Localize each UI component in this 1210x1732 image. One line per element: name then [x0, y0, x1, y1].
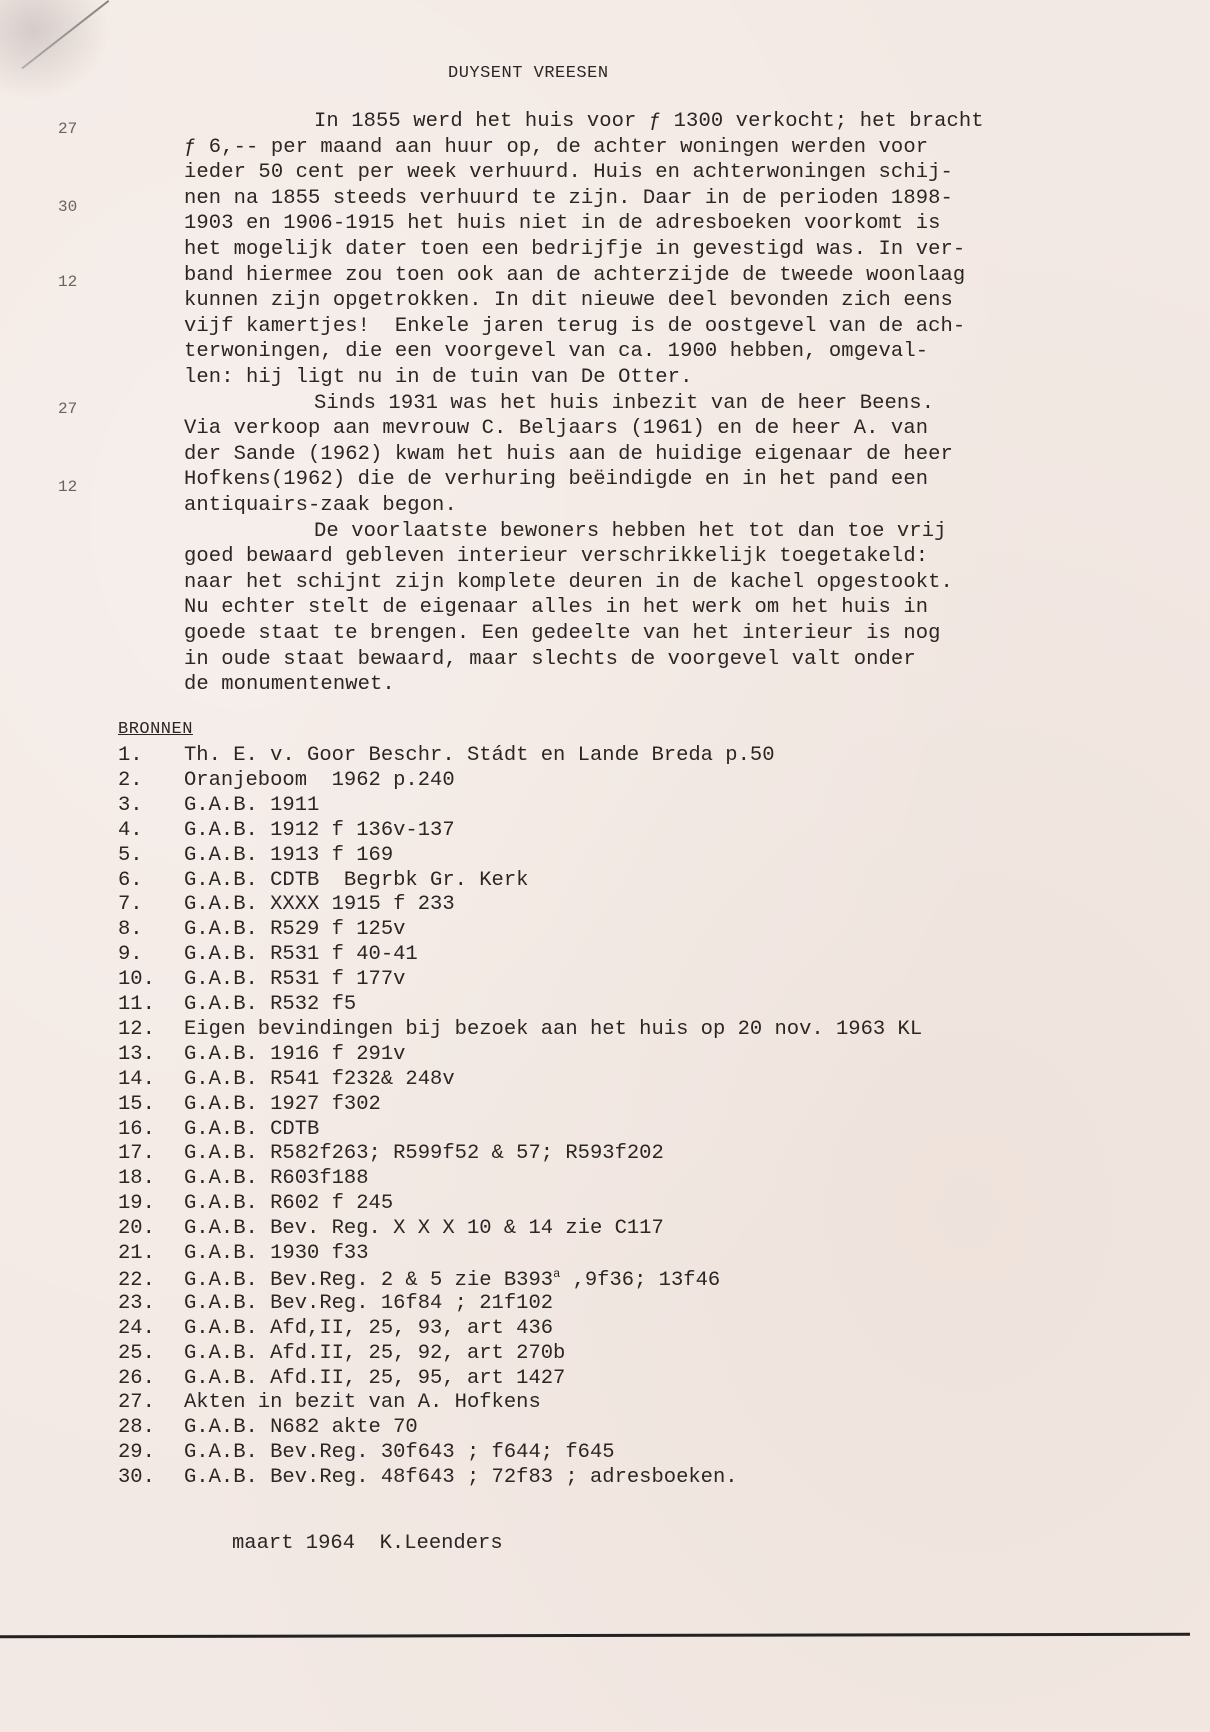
source-item: 23.G.A.B. Bev.Reg. 16f84 ; 21f102: [118, 1292, 553, 1315]
source-item: 6.G.A.B. CDTB Begrbk Gr. Kerk: [118, 869, 528, 892]
source-text: G.A.B. N682 akte 70: [184, 1416, 418, 1439]
margin-number: 27: [58, 400, 77, 418]
margin-number: 27: [58, 120, 77, 138]
source-text: G.A.B. Bev. Reg. X X X 10 & 14 zie C117: [184, 1217, 664, 1240]
source-text: G.A.B. R529 f 125v: [184, 918, 405, 941]
document-title: DUYSENT VREESEN: [448, 64, 609, 83]
source-item: 22.G.A.B. Bev.Reg. 2 & 5 zie B393a ,9f36…: [118, 1267, 720, 1292]
signature: maart 1964 K.Leenders: [232, 1532, 503, 1555]
source-item: 16.G.A.B. CDTB: [118, 1118, 319, 1141]
source-text: G.A.B. R603f188: [184, 1167, 369, 1190]
source-number: 20.: [118, 1217, 184, 1240]
source-text: G.A.B. R602 f 245: [184, 1192, 393, 1215]
source-number: 30.: [118, 1466, 184, 1489]
source-item: 4.G.A.B. 1912 f 136v-137: [118, 819, 455, 842]
source-text: G.A.B. Afd.II, 25, 92, art 270b: [184, 1342, 565, 1365]
source-text: G.A.B. Afd,II, 25, 93, art 436: [184, 1317, 553, 1340]
body-line: der Sande (1962) kwam het huis aan de hu…: [184, 443, 953, 466]
source-text: G.A.B. Bev.Reg. 16f84 ; 21f102: [184, 1292, 553, 1315]
body-line: In 1855 werd het huis voor ƒ 1300 verkoc…: [314, 110, 984, 133]
source-item: 15.G.A.B. 1927 f302: [118, 1093, 381, 1116]
body-line: 1903 en 1906-1915 het huis niet in de ad…: [184, 212, 941, 235]
source-text: G.A.B. Bev.Reg. 2 & 5 zie B393: [184, 1269, 553, 1292]
source-item: 14.G.A.B. R541 f232& 248v: [118, 1068, 455, 1091]
body-line: Hofkens(1962) die de verhuring beëindigd…: [184, 468, 928, 491]
source-item: 21.G.A.B. 1930 f33: [118, 1242, 369, 1265]
source-text: G.A.B. 1927 f302: [184, 1093, 381, 1116]
body-line: Sinds 1931 was het huis inbezit van de h…: [314, 392, 934, 415]
source-text: G.A.B. 1913 f 169: [184, 844, 393, 867]
body-line: len: hij ligt nu in de tuin van De Otter…: [184, 366, 692, 389]
source-item: 7.G.A.B. XXXX 1915 f 233: [118, 893, 455, 916]
body-line: De voorlaatste bewoners hebben het tot d…: [314, 520, 947, 543]
source-text: G.A.B. R582f263; R599f52 & 57; R593f202: [184, 1142, 664, 1165]
source-item: 18.G.A.B. R603f188: [118, 1167, 369, 1190]
source-number: 3.: [118, 794, 184, 817]
source-text: Akten in bezit van A. Hofkens: [184, 1391, 541, 1414]
source-item: 20.G.A.B. Bev. Reg. X X X 10 & 14 zie C1…: [118, 1217, 664, 1240]
source-text: G.A.B. Bev.Reg. 30f643 ; f644; f645: [184, 1441, 615, 1464]
body-line: antiquairs-zaak begon.: [184, 494, 457, 517]
body-line: nen na 1855 steeds verhuurd te zijn. Daa…: [184, 187, 953, 210]
page-fold-shadow: [0, 0, 110, 100]
source-item: 11.G.A.B. R532 f5: [118, 993, 356, 1016]
source-item: 3.G.A.B. 1911: [118, 794, 319, 817]
source-item: 24.G.A.B. Afd,II, 25, 93, art 436: [118, 1317, 553, 1340]
body-line: ieder 50 cent per week verhuurd. Huis en…: [184, 161, 953, 184]
source-number: 1.: [118, 744, 184, 767]
body-line: ƒ 6,-- per maand aan huur op, de achter …: [184, 136, 928, 159]
source-text: Oranjeboom 1962 p.240: [184, 769, 455, 792]
source-number: 28.: [118, 1416, 184, 1439]
body-line: goede staat te brengen. Een gedeelte van…: [184, 622, 941, 645]
source-number: 7.: [118, 893, 184, 916]
source-text: G.A.B. CDTB: [184, 1118, 319, 1141]
source-number: 19.: [118, 1192, 184, 1215]
bottom-rule: [0, 1633, 1190, 1638]
source-text: G.A.B. Afd.II, 25, 95, art 1427: [184, 1367, 565, 1390]
source-item: 5.G.A.B. 1913 f 169: [118, 844, 393, 867]
source-item: 17.G.A.B. R582f263; R599f52 & 57; R593f2…: [118, 1142, 664, 1165]
body-line: Nu echter stelt de eigenaar alles in het…: [184, 596, 928, 619]
body-line: de monumentenwet.: [184, 673, 395, 696]
source-text: G.A.B. R532 f5: [184, 993, 356, 1016]
body-line: naar het schijnt zijn komplete deuren in…: [184, 571, 953, 594]
source-text: G.A.B. 1916 f 291v: [184, 1043, 405, 1066]
source-text: G.A.B. 1930 f33: [184, 1242, 369, 1265]
margin-number: 12: [58, 273, 77, 291]
source-number: 14.: [118, 1068, 184, 1091]
source-number: 26.: [118, 1367, 184, 1390]
source-text-continued: ,9f36; 13f46: [560, 1269, 720, 1292]
source-item: 19.G.A.B. R602 f 245: [118, 1192, 393, 1215]
source-text: Eigen bevindingen bij bezoek aan het hui…: [184, 1018, 922, 1041]
body-line: terwoningen, die een voorgevel van ca. 1…: [184, 340, 928, 363]
source-item: 2.Oranjeboom 1962 p.240: [118, 769, 455, 792]
source-item: 29.G.A.B. Bev.Reg. 30f643 ; f644; f645: [118, 1441, 615, 1464]
source-text: G.A.B. CDTB Begrbk Gr. Kerk: [184, 869, 528, 892]
source-item: 8.G.A.B. R529 f 125v: [118, 918, 405, 941]
source-number: 22.: [118, 1269, 184, 1292]
source-number: 12.: [118, 1018, 184, 1041]
source-number: 27.: [118, 1391, 184, 1414]
source-number: 24.: [118, 1317, 184, 1340]
body-line: band hiermee zou toen ook aan de achterz…: [184, 264, 965, 287]
source-item: 26.G.A.B. Afd.II, 25, 95, art 1427: [118, 1367, 565, 1390]
source-item: 9.G.A.B. R531 f 40-41: [118, 943, 418, 966]
body-line: in oude staat bewaard, maar slechts de v…: [184, 648, 916, 671]
source-number: 25.: [118, 1342, 184, 1365]
body-line: vijf kamertjes! Enkele jaren terug is de…: [184, 315, 965, 338]
source-number: 2.: [118, 769, 184, 792]
source-number: 21.: [118, 1242, 184, 1265]
margin-number: 12: [58, 478, 77, 496]
source-text: G.A.B. R531 f 177v: [184, 968, 405, 991]
source-text: G.A.B. 1912 f 136v-137: [184, 819, 455, 842]
source-item: 10.G.A.B. R531 f 177v: [118, 968, 405, 991]
source-item: 28.G.A.B. N682 akte 70: [118, 1416, 418, 1439]
source-text: G.A.B. 1911: [184, 794, 319, 817]
source-item: 30.G.A.B. Bev.Reg. 48f643 ; 72f83 ; adre…: [118, 1466, 738, 1489]
body-line: goed bewaard gebleven interieur verschri…: [184, 545, 928, 568]
source-text: G.A.B. Bev.Reg. 48f643 ; 72f83 ; adresbo…: [184, 1466, 738, 1489]
source-number: 5.: [118, 844, 184, 867]
source-number: 23.: [118, 1292, 184, 1315]
body-line: Via verkoop aan mevrouw C. Beljaars (196…: [184, 417, 928, 440]
source-item: 13.G.A.B. 1916 f 291v: [118, 1043, 405, 1066]
source-item: 1.Th. E. v. Goor Beschr. Stádt en Lande …: [118, 744, 775, 767]
source-text: G.A.B. XXXX 1915 f 233: [184, 893, 455, 916]
source-text: Th. E. v. Goor Beschr. Stádt en Lande Br…: [184, 744, 775, 767]
body-line: kunnen zijn opgetrokken. In dit nieuwe d…: [184, 289, 953, 312]
source-text: G.A.B. R531 f 40-41: [184, 943, 418, 966]
source-number: 8.: [118, 918, 184, 941]
source-number: 4.: [118, 819, 184, 842]
source-number: 29.: [118, 1441, 184, 1464]
body-line: het mogelijk dater toen een bedrijfje in…: [184, 238, 965, 261]
source-number: 18.: [118, 1167, 184, 1190]
source-item: 25.G.A.B. Afd.II, 25, 92, art 270b: [118, 1342, 565, 1365]
source-number: 17.: [118, 1142, 184, 1165]
source-item: 12.Eigen bevindingen bij bezoek aan het …: [118, 1018, 922, 1041]
source-number: 15.: [118, 1093, 184, 1116]
source-text: G.A.B. R541 f232& 248v: [184, 1068, 455, 1091]
source-number: 11.: [118, 993, 184, 1016]
margin-number: 30: [58, 198, 77, 216]
source-item: 27.Akten in bezit van A. Hofkens: [118, 1391, 541, 1414]
source-number: 10.: [118, 968, 184, 991]
source-number: 9.: [118, 943, 184, 966]
source-number: 13.: [118, 1043, 184, 1066]
source-number: 16.: [118, 1118, 184, 1141]
source-number: 6.: [118, 869, 184, 892]
sources-heading: BRONNEN: [118, 720, 193, 739]
